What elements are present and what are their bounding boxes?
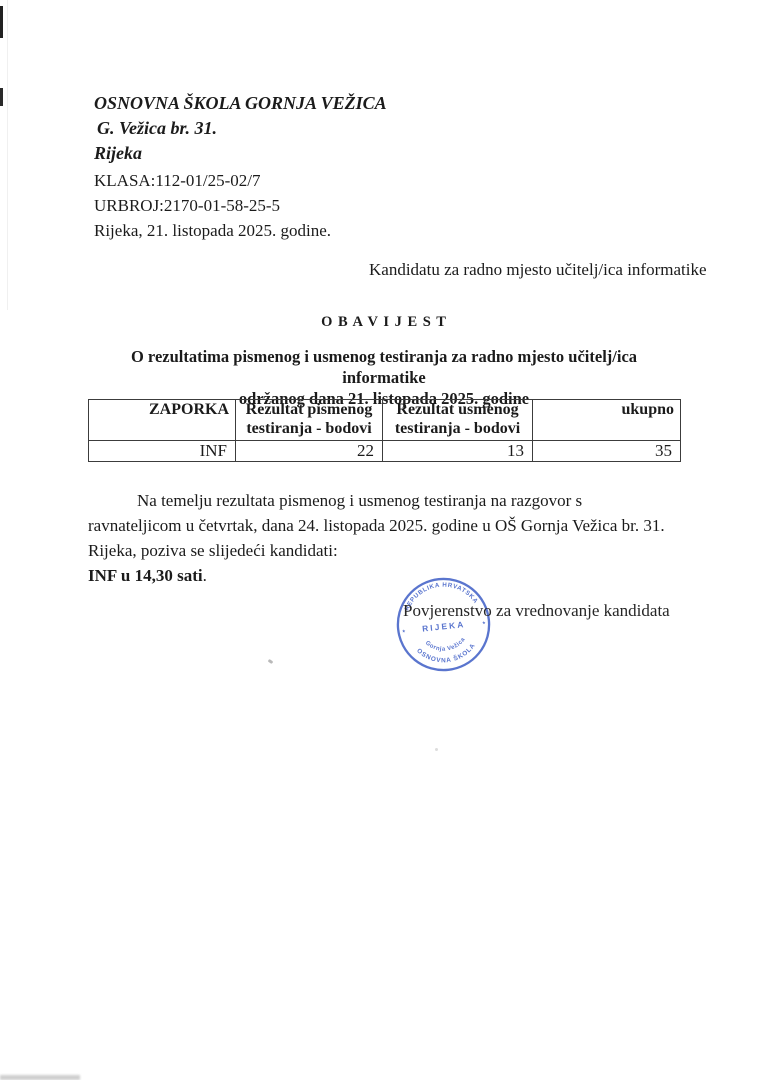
appointment-suffix: .	[203, 566, 207, 585]
scanned-document-page: OSNOVNA ŠKOLA GORNJA VEŽICA G. Vežica br…	[0, 0, 764, 1080]
appointment-bold: INF u 14,30 sati	[88, 566, 203, 585]
stamp-bottom-inner-arc-text: Gornja Vežica	[423, 636, 468, 655]
cell-zaporka: INF	[89, 441, 236, 462]
scan-corner-smudge	[0, 1075, 80, 1080]
scan-edge-line	[7, 0, 8, 310]
results-table: ZAPORKA Rezultat pismenog testiranja - b…	[88, 399, 681, 462]
body-paragraph: Na temelju rezultata pismenog i usmenog …	[88, 488, 676, 563]
stamp-city-text: RIJEKA	[422, 619, 466, 633]
scan-speck	[268, 659, 274, 664]
results-table-row: INF 22 13 35	[89, 441, 681, 462]
stamp-star-left-icon: ★	[401, 628, 406, 633]
reference-block: KLASA:112-01/25-02/7 URBROJ:2170-01-58-2…	[94, 168, 331, 243]
cell-oral-points: 13	[383, 441, 533, 462]
school-name: OSNOVNA ŠKOLA GORNJA VEŽICA	[94, 91, 387, 116]
scan-edge-mark-top	[0, 6, 3, 38]
header-total: ukupno	[533, 400, 681, 441]
urbroj-line: URBROJ:2170-01-58-25-5	[94, 193, 331, 218]
results-table-header-row: ZAPORKA Rezultat pismenog testiranja - b…	[89, 400, 681, 441]
scan-speck	[435, 748, 438, 751]
notice-title: O B A V I J E S T	[88, 314, 680, 331]
school-stamp-icon: REPUBLIKA HRVATSKA OSNOVNA ŠKOLA Gornja …	[390, 571, 497, 678]
school-address: G. Vežica br. 31.	[94, 116, 387, 141]
school-city: Rijeka	[94, 141, 387, 166]
header-zaporka: ZAPORKA	[89, 400, 236, 441]
header-oral-test: Rezultat usmenog testiranja - bodovi	[383, 400, 533, 441]
signature-line: Povjerenstvo za vrednovanje kandidata	[403, 601, 670, 621]
recipient-line: Kandidatu za radno mjesto učitelj/ica in…	[369, 260, 707, 280]
place-date-line: Rijeka, 21. listopada 2025. godine.	[94, 218, 331, 243]
klasa-line: KLASA:112-01/25-02/7	[94, 168, 331, 193]
cell-total: 35	[533, 441, 681, 462]
notice-subtitle-line1: O rezultatima pismenog i usmenog testira…	[88, 346, 680, 388]
appointment-line: INF u 14,30 sati.	[88, 566, 207, 586]
scan-edge-mark-mid	[0, 88, 3, 106]
sender-letterhead: OSNOVNA ŠKOLA GORNJA VEŽICA G. Vežica br…	[94, 91, 387, 166]
header-written-test: Rezultat pismenog testiranja - bodovi	[236, 400, 383, 441]
cell-written-points: 22	[236, 441, 383, 462]
